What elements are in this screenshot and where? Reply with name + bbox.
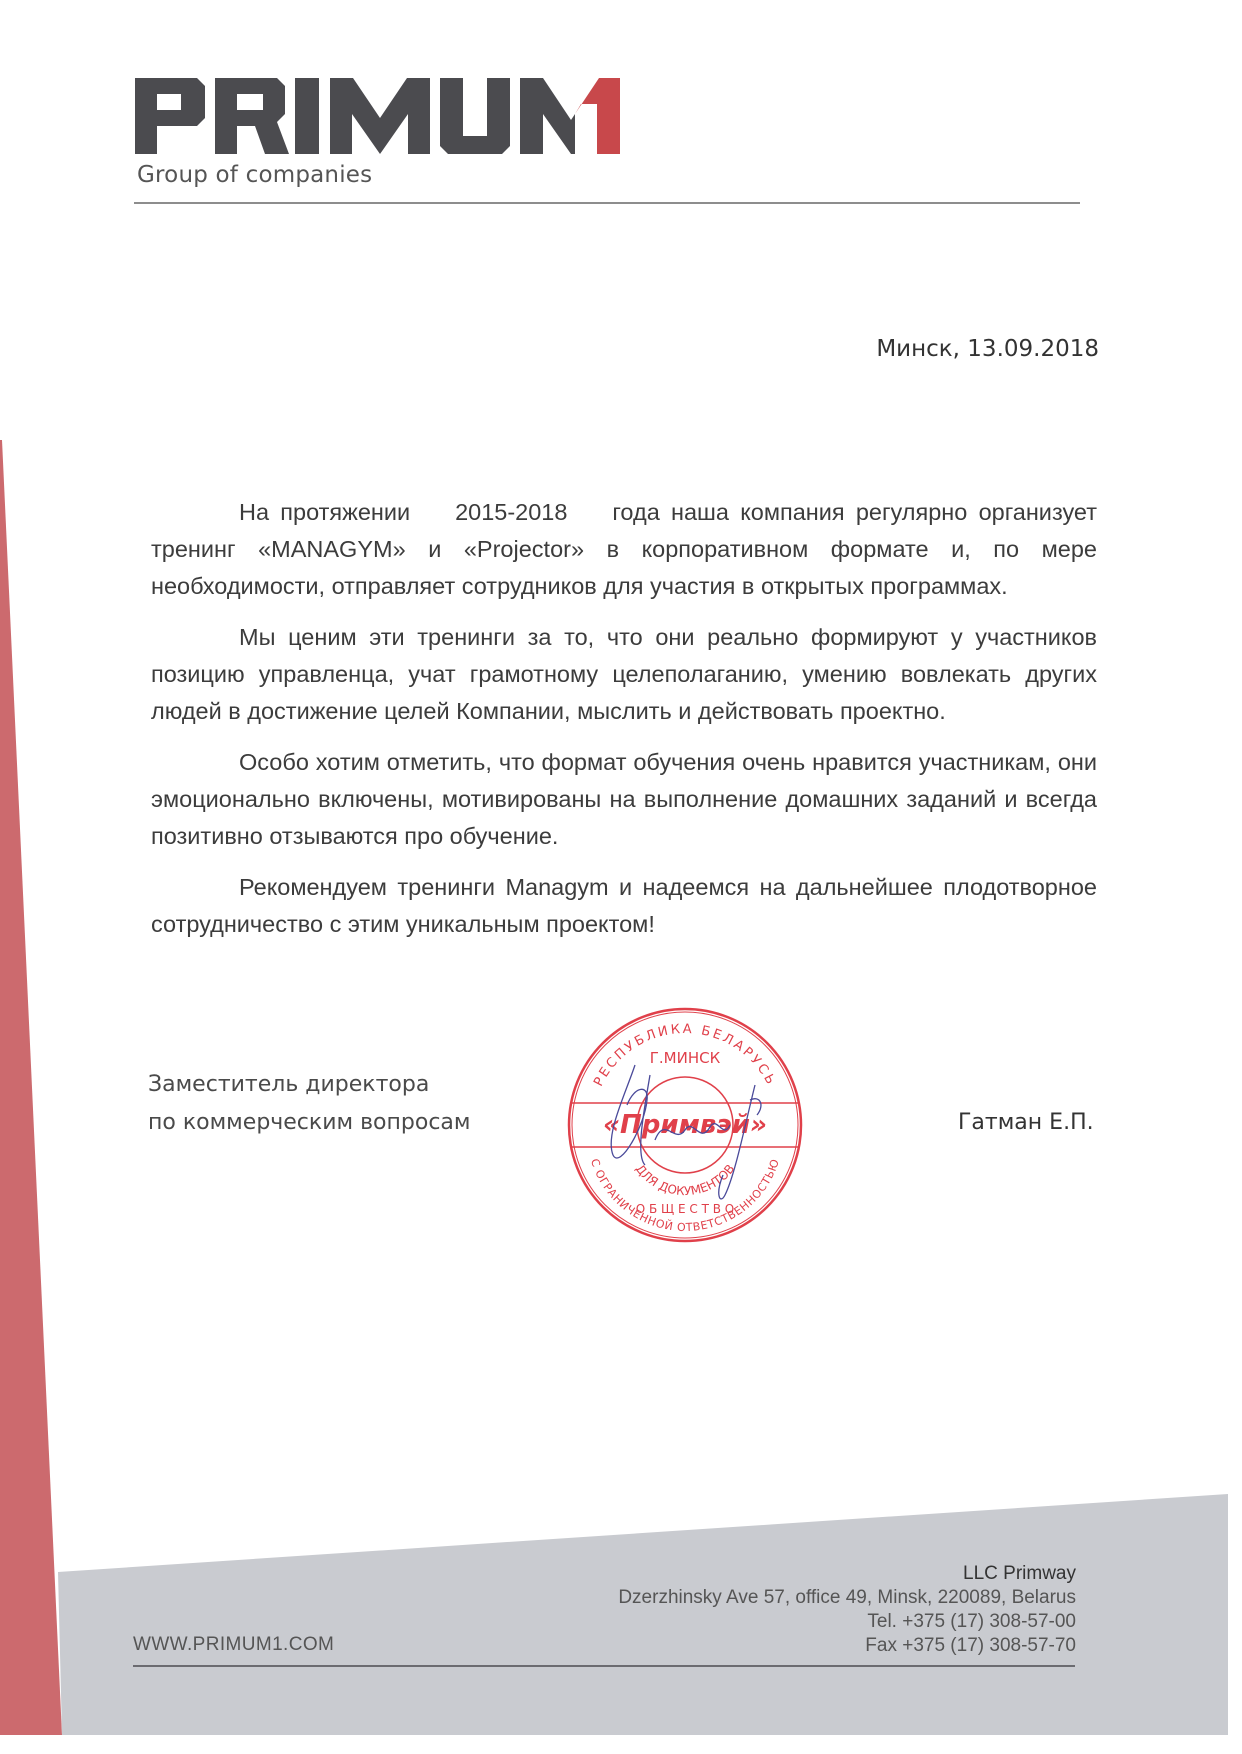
logo-tagline: Group of companies bbox=[137, 162, 372, 188]
paragraph-3: Особо хотим отметить, что формат обучени… bbox=[151, 744, 1097, 855]
paragraph-4: Рекомендуем тренинги Managym и надеемся … bbox=[151, 869, 1097, 943]
signatory-title: Заместитель директора по коммерческим во… bbox=[148, 1066, 471, 1142]
logo-letter-m-gray bbox=[520, 78, 575, 154]
footer-fax: Fax +375 (17) 308-57-70 bbox=[618, 1634, 1076, 1658]
letter-body: На протяжении 2015-2018 года наша компан… bbox=[151, 494, 1097, 957]
logo-letter-r bbox=[215, 78, 289, 154]
logo-digit-1-red bbox=[575, 78, 620, 154]
footer-address: Dzerzhinsky Ave 57, office 49, Minsk, 22… bbox=[618, 1586, 1076, 1610]
footer-website-link[interactable]: WWW.PRIMUM1.COM bbox=[133, 1634, 334, 1656]
footer-company-info: LLC Primway Dzerzhinsky Ave 57, office 4… bbox=[618, 1562, 1076, 1658]
stamp-org-type: О Б Щ Е С Т В О bbox=[636, 1202, 734, 1216]
footer-phone: Tel. +375 (17) 308-57-00 bbox=[618, 1610, 1076, 1634]
logo-letter-m bbox=[330, 78, 430, 154]
logo-letter-p bbox=[135, 78, 205, 154]
signatory-title-line2: по коммерческим вопросам bbox=[148, 1104, 471, 1142]
signatory-title-line1: Заместитель директора bbox=[148, 1066, 471, 1104]
header-divider bbox=[134, 202, 1080, 204]
company-stamp: РЕСПУБЛИКА БЕЛАРУСЬ С ОГРАНИЧЕННОЙ ОТВЕТ… bbox=[565, 1005, 805, 1245]
paragraph-2: Мы ценим эти тренинги за то, что они реа… bbox=[151, 619, 1097, 730]
primum1-logo: PRIMUM1 bbox=[135, 78, 620, 154]
footer-divider bbox=[133, 1665, 1075, 1667]
place-and-date: Минск, 13.09.2018 bbox=[876, 336, 1099, 362]
signatory-name: Гатман Е.П. bbox=[958, 1110, 1094, 1135]
footer-company-name: LLC Primway bbox=[618, 1562, 1076, 1586]
logo-letter-u bbox=[440, 78, 510, 154]
paragraph-1: На протяжении 2015-2018 года наша компан… bbox=[151, 494, 1097, 605]
logo-letter-i bbox=[295, 78, 319, 154]
stamp-city: Г.МИНСК bbox=[650, 1049, 721, 1067]
side-band-red bbox=[0, 440, 62, 1735]
